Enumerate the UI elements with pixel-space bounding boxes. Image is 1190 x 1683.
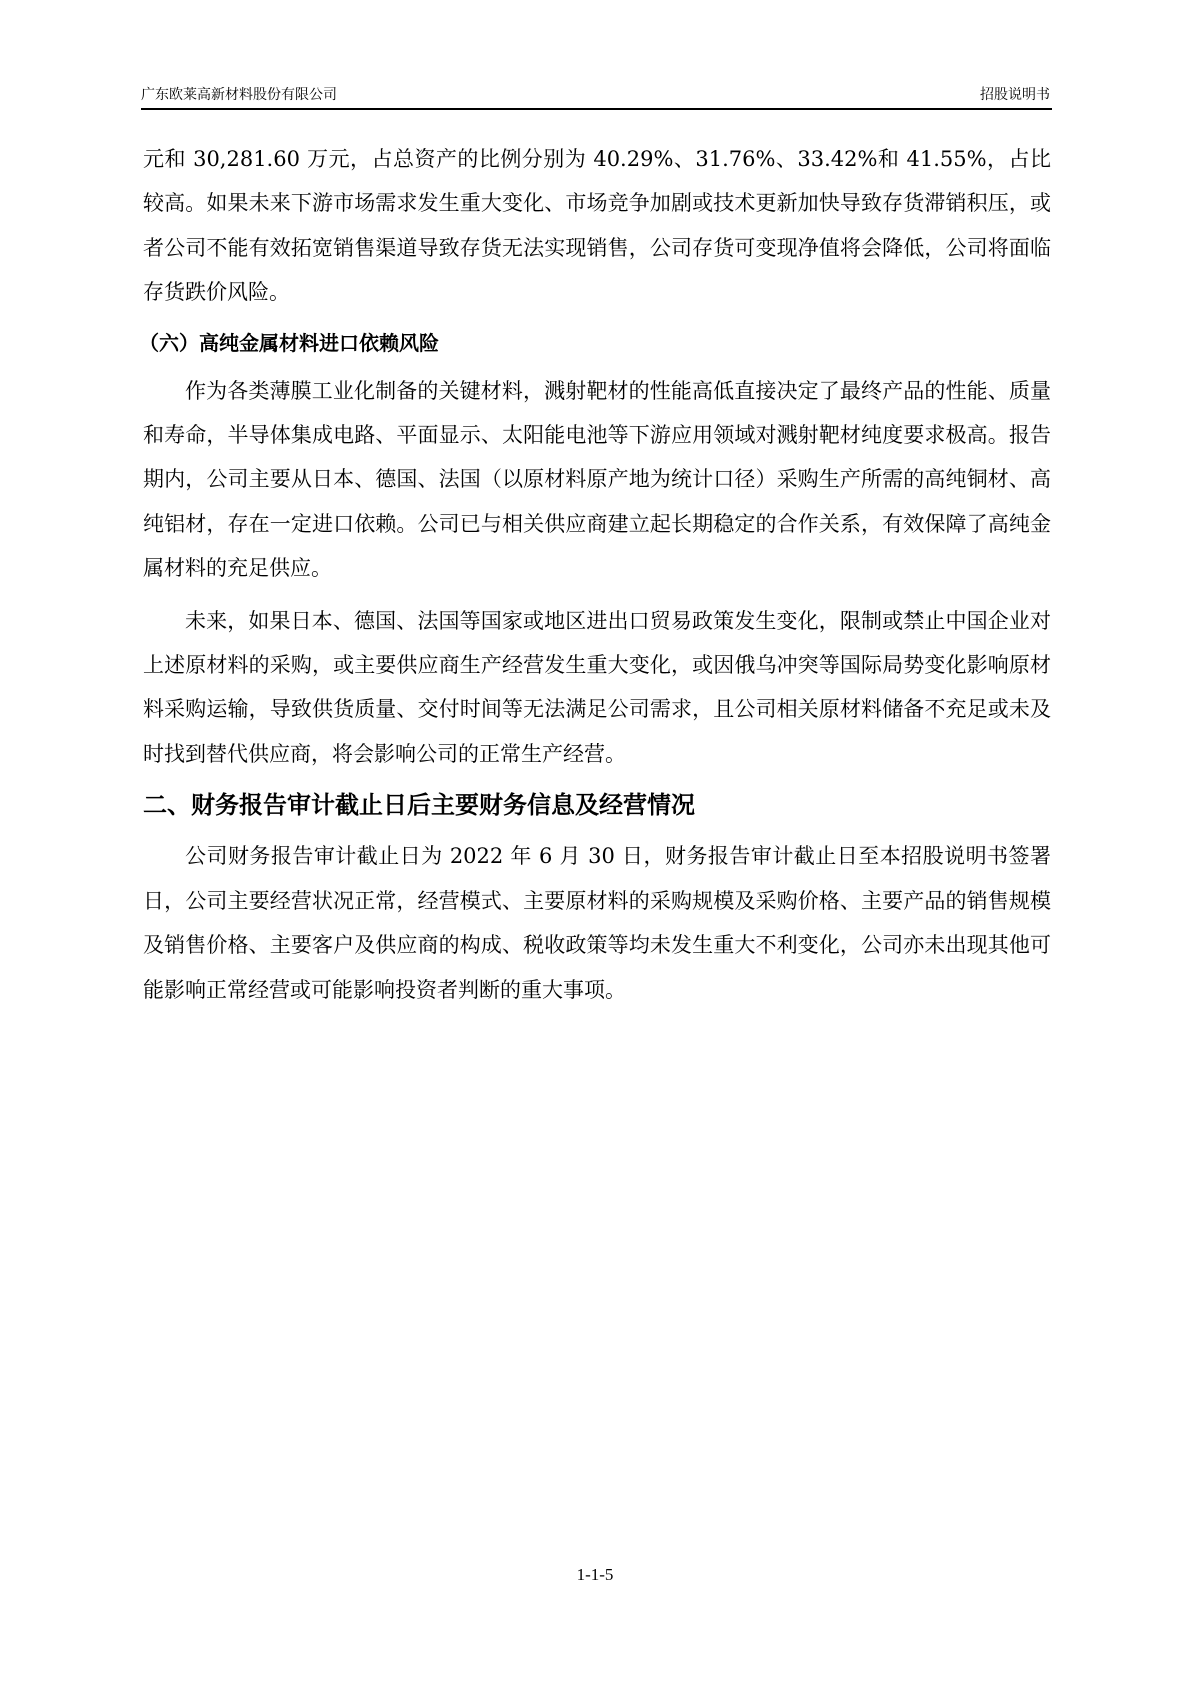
document-body: 元和 30,281.60 万元，占总资产的比例分别为 40.29%、31.76%… — [143, 137, 1051, 1012]
document-type: 招股说明书 — [980, 85, 1050, 105]
paragraph-import-dependency-1: 作为各类薄膜工业化制备的关键材料，溅射靶材的性能高低直接决定了最终产品的性能、质… — [143, 369, 1051, 591]
paragraph-inventory-risk-continued: 元和 30,281.60 万元，占总资产的比例分别为 40.29%、31.76%… — [143, 137, 1051, 315]
section-heading-post-audit-info: 二、财务报告审计截止日后主要财务信息及经营情况 — [143, 782, 1051, 828]
paragraph-import-dependency-2: 未来，如果日本、德国、法国等国家或地区进出口贸易政策发生变化，限制或禁止中国企业… — [143, 599, 1051, 777]
section-heading-import-dependency-risk: （六）高纯金属材料进口依赖风险 — [139, 321, 1051, 365]
page-number: 1-1-5 — [0, 1565, 1190, 1585]
page-header: 广东欧莱高新材料股份有限公司 招股说明书 — [141, 82, 1052, 110]
paragraph-post-audit-info: 公司财务报告审计截止日为 2022 年 6 月 30 日，财务报告审计截止日至本… — [143, 834, 1051, 1012]
company-name: 广东欧莱高新材料股份有限公司 — [141, 85, 337, 105]
